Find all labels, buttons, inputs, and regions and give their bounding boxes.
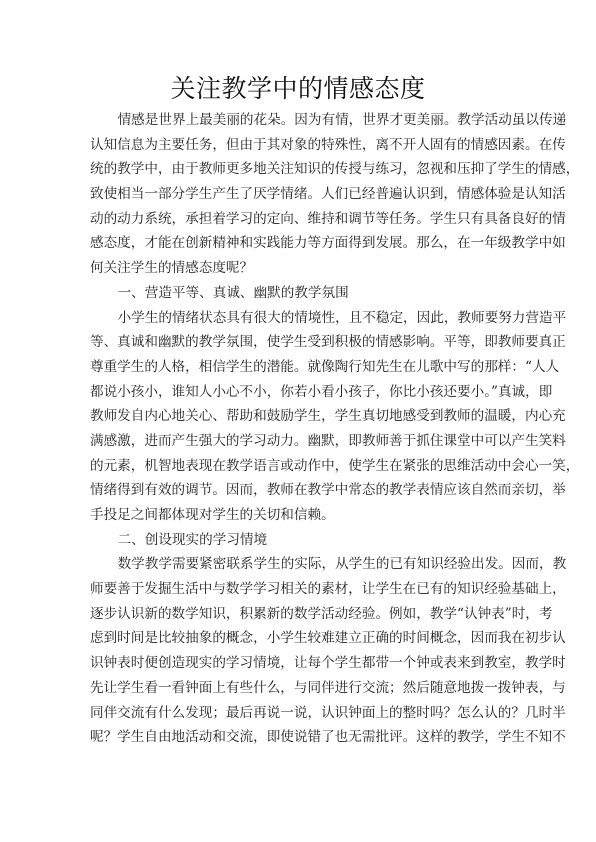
paragraph-line: 教师发自内心地关心、帮助和鼓励学生，学生真切地感受到教师的温暖，内心充 bbox=[90, 404, 504, 429]
paragraph-line: 虑到时间是比较抽象的概念，小学生较难建立正确的时间概念，因而我在初步认 bbox=[90, 626, 504, 651]
paragraph-line: 何关注学生的情感态度呢？ bbox=[90, 256, 504, 281]
paragraph-line: 先让学生看一看钟面上有些什么，与同伴进行交流；然后随意地拨一拨钟表，与 bbox=[90, 676, 504, 701]
paragraph-line: 呢？学生自由地活动和交流，即使说错了也无需批评。这样的教学，学生不知不 bbox=[90, 725, 504, 750]
paragraph-line: 手投足之间都体现对学生的关切和信赖。 bbox=[90, 503, 504, 528]
paragraph-line: 等、真诚和幽默的教学氛围，使学生受到积极的情感影响。平等，即教师要真正 bbox=[90, 330, 504, 355]
paragraph-line: 认知信息为主要任务，但由于其对象的特殊性，离不开人固有的情感因素。在传 bbox=[90, 133, 504, 158]
paragraph-line: 师要善于发掘生活中与数学学习相关的素材，让学生在已有的知识经验基础上， bbox=[90, 577, 504, 602]
paragraph-line: 情绪得到有效的调节。因而，教师在教学中常态的教学表情应该自然而亲切，举 bbox=[90, 478, 504, 503]
paragraph-line: 感态度，才能在创新精神和实践能力等方面得到发展。那么，在一年级教学中如 bbox=[90, 231, 504, 256]
section-heading: 二、创设现实的学习情境 bbox=[90, 528, 504, 553]
paragraph-line: 尊重学生的人格，相信学生的潜能。就像陶行知先生在儿歌中写的那样：“人人 bbox=[90, 355, 504, 380]
paragraph-line: 动的动力系统，承担着学习的定向、维持和调节等任务。学生只有具备良好的情 bbox=[90, 207, 504, 232]
paragraph-line: 满感激，进而产生强大的学习动力。幽默，即教师善于抓住课堂中可以产生笑料 bbox=[90, 429, 504, 454]
paragraph-line: 的元素，机智地表现在教学语言或动作中，使学生在紧张的思维活动中会心一笑， bbox=[90, 454, 504, 479]
paragraph-line: 同伴交流有什么发现；最后再说一说，认识钟面上的整时吗？怎么认的？几时半 bbox=[90, 701, 504, 726]
paragraph-line: 逐步认识新的数学知识，积累新的数学活动经验。例如，教学“认钟表”时，考 bbox=[90, 602, 504, 627]
document-page: 关注教学中的情感态度 情感是世界上最美丽的花朵。因为有情，世界才更美丽。教学活动… bbox=[0, 0, 596, 842]
paragraph-line: 统的教学中，由于教师更多地关注知识的传授与练习，忽视和压抑了学生的情感， bbox=[90, 157, 504, 182]
section-heading: 一、营造平等、真诚、幽默的教学氛围 bbox=[90, 281, 504, 306]
paragraph-line: 数学教学需要紧密联系学生的实际，从学生的已有知识经验出发。因而，教 bbox=[90, 552, 504, 577]
document-title: 关注教学中的情感态度 bbox=[0, 75, 596, 103]
paragraph-line: 都说小孩小，谁知人小心不小，你若小看小孩子，你比小孩还要小。”真诚，即 bbox=[90, 380, 504, 405]
paragraph-line: 致使相当一部分学生产生了厌学情绪。人们已经普遍认识到，情感体验是认知活 bbox=[90, 182, 504, 207]
paragraph-line: 识钟表时便创造现实的学习情境，让每个学生都带一个钟或表来到教室，教学时 bbox=[90, 651, 504, 676]
paragraph-line: 小学生的情绪状态具有很大的情境性，且不稳定，因此，教师要努力营造平 bbox=[90, 306, 504, 331]
paragraph-line: 情感是世界上最美丽的花朵。因为有情，世界才更美丽。教学活动虽以传递 bbox=[90, 108, 504, 133]
document-body: 情感是世界上最美丽的花朵。因为有情，世界才更美丽。教学活动虽以传递认知信息为主要… bbox=[90, 108, 504, 750]
